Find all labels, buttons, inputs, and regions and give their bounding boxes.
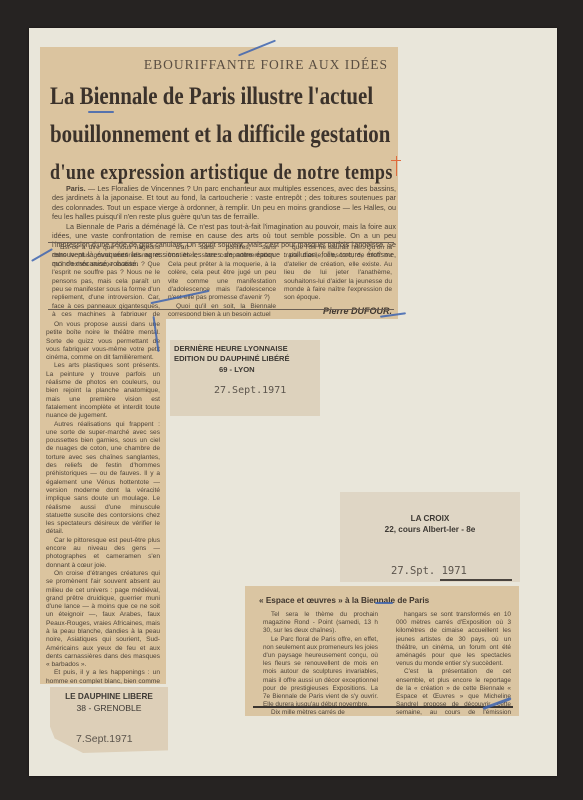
main-article-clipping: EBOURIFFANTE FOIRE AUX IDÉES La Biennale… bbox=[40, 47, 398, 319]
article-column-1: Est-ce à dire que nous nageons dans le p… bbox=[52, 244, 160, 316]
source-city: 38 - GRENOBLE bbox=[50, 703, 168, 714]
espace-oeuvres-clipping: « Espace et œuvres » à la Biennale de Pa… bbox=[245, 586, 519, 716]
headline-line-1: La Biennale de Paris illustre l'actuel bbox=[50, 77, 337, 115]
source-name: LE DAUPHINE LIBERE bbox=[50, 692, 168, 703]
clipping-date: 27.Sept.1971 bbox=[214, 385, 286, 396]
second-article-column-1: Tel sera le thème du prochain magazine R… bbox=[263, 611, 378, 716]
second-article-column-2: hangars se sont transformés en 10 000 mè… bbox=[396, 611, 511, 716]
article-column-3: que l'on ne saurait nier. Qu'on la trait… bbox=[284, 244, 392, 316]
source-edition: EDITION DU DAUPHINÉ LIBÉRÉ bbox=[174, 354, 314, 364]
divider bbox=[48, 242, 394, 243]
lead-dateline: Paris. bbox=[66, 184, 86, 193]
divider bbox=[440, 579, 512, 581]
red-pen-mark-icon bbox=[391, 160, 401, 161]
divider bbox=[253, 706, 513, 708]
article-headline: La Biennale de Paris illustre l'actuel b… bbox=[50, 77, 337, 191]
divider bbox=[48, 309, 394, 310]
pen-underline-icon bbox=[88, 111, 114, 113]
source-label-la-croix: LA CROIX 22, cours Albert-Ier - 8e 27.Sp… bbox=[340, 492, 520, 582]
article-column-2: d'art sans pontifes, sans frontières, sa… bbox=[168, 244, 276, 316]
source-label-grenoble: LE DAUPHINE LIBERE 38 - GRENOBLE 7.Sept.… bbox=[50, 687, 168, 753]
source-city: 69 - LYON bbox=[174, 365, 314, 375]
headline-line-2: bouillonnement et la difficile gestation bbox=[50, 115, 337, 153]
clipping-date: 7.Sept.1971 bbox=[76, 733, 133, 745]
lead-paragraph-1: Paris. — Les Floralies de Vincennes ? Un… bbox=[52, 184, 396, 222]
source-label-lyon: DERNIÈRE HEURE LYONNAISE EDITION DU DAUP… bbox=[170, 340, 320, 416]
source-address: 22, cours Albert-Ier - 8e bbox=[340, 525, 520, 536]
second-article-title: « Espace et œuvres » à la Biennale de Pa… bbox=[259, 596, 429, 605]
article-continuation-clipping: On vous propose aussi dans une petite bo… bbox=[40, 319, 166, 684]
article-kicker: EBOURIFFANTE FOIRE AUX IDÉES bbox=[40, 57, 388, 73]
source-name: LA CROIX bbox=[340, 514, 520, 525]
source-name: DERNIÈRE HEURE LYONNAISE bbox=[174, 344, 314, 354]
continuation-column: On vous propose aussi dans une petite bo… bbox=[46, 321, 160, 684]
pen-underline-icon bbox=[375, 602, 393, 604]
clipping-date: 27.Spt. 1971 bbox=[391, 565, 467, 577]
article-columns: Est-ce à dire que nous nageons dans le p… bbox=[52, 244, 392, 316]
red-pen-mark-icon bbox=[396, 156, 397, 176]
